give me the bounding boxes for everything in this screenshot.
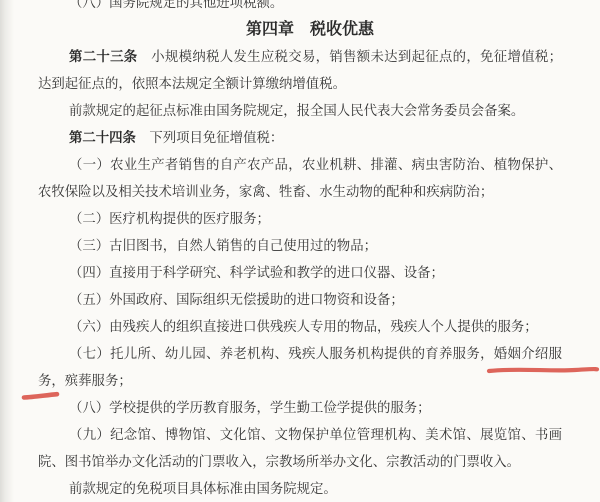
line-text: （二）医疗机构提供的医疗服务；: [69, 211, 270, 226]
document-line: （八）国务院规定的其他进项税额。: [38, 0, 562, 16]
line-text: （五）外国政府、国际组织无偿援助的进口物资和设备；: [69, 292, 404, 307]
line-text: （九）纪念馆、博物馆、文化馆、文物保护单位管理机构、美术馆、展览馆、书画: [69, 427, 562, 442]
line-text: （三）古旧图书，自然人销售的自己使用过的物品；: [69, 238, 377, 253]
line-text: 前款规定的起征点标准由国务院规定，报全国人民代表大会常务委员会备案。: [69, 103, 524, 118]
document-line: 务，殡葬服务；: [38, 367, 562, 394]
line-text: 前款规定的免税项目具体标准由国务院规定。: [69, 481, 337, 496]
scan-edge-shadow: [0, 0, 14, 502]
line-text: 小规模纳税人发生应税交易，销售额未达到起征点的，免征增值税；: [138, 49, 562, 64]
article-number: 第二十四条: [69, 130, 136, 145]
article-number: 第二十三条: [69, 49, 138, 64]
document-line: （二）医疗机构提供的医疗服务；: [38, 205, 562, 232]
line-text: 下列项目免征增值税：: [136, 130, 283, 145]
document-line: 农牧保险以及相关技术培训业务，家禽、牲畜、水生动物的配种和疾病防治；: [38, 178, 562, 205]
scanned-document-page: （八）国务院规定的其他进项税额。第四章 税收优惠第二十三条 小规模纳税人发生应税…: [0, 0, 600, 502]
chapter-heading: 第四章 税收优惠: [38, 16, 562, 43]
document-line: （一）农业生产者销售的自产农产品，农业机耕、排灌、病虫害防治、植物保护、: [38, 151, 562, 178]
line-text: 农牧保险以及相关技术培训业务，家禽、牲畜、水生动物的配种和疾病防治；: [38, 184, 493, 199]
line-text: （八）国务院规定的其他进项税额。: [69, 0, 283, 10]
line-text: 达到起征点的，依照本法规定全额计算缴纳增值税。: [38, 76, 346, 91]
document-line: （五）外国政府、国际组织无偿援助的进口物资和设备；: [38, 286, 562, 313]
text-block: （八）国务院规定的其他进项税额。第四章 税收优惠第二十三条 小规模纳税人发生应税…: [38, 0, 562, 502]
document-line: （三）古旧图书，自然人销售的自己使用过的物品；: [38, 232, 562, 259]
document-line: 前款规定的免税项目具体标准由国务院规定。: [38, 475, 562, 502]
line-text: （七）托儿所、幼儿园、养老机构、残疾人服务机构提供的育养服务，婚姻介绍服: [69, 346, 562, 361]
line-text: 第四章 税收优惠: [246, 21, 374, 38]
document-line: （八）学校提供的学历教育服务，学生勤工俭学提供的服务；: [38, 394, 562, 421]
line-text: 院、图书馆举办文化活动的门票收入，宗教场所举办文化、宗教活动的门票收入。: [38, 454, 520, 469]
line-text: （六）由残疾人的组织直接进口供残疾人专用的物品，残疾人个人提供的服务；: [69, 319, 538, 334]
document-line: 第二十四条 下列项目免征增值税：: [38, 124, 562, 151]
document-line: 第二十三条 小规模纳税人发生应税交易，销售额未达到起征点的，免征增值税；: [38, 43, 562, 70]
line-text: 务，殡葬服务；: [38, 373, 132, 388]
document-line: （九）纪念馆、博物馆、文化馆、文物保护单位管理机构、美术馆、展览馆、书画: [38, 421, 562, 448]
line-text: （八）学校提供的学历教育服务，学生勤工俭学提供的服务；: [69, 400, 431, 415]
document-line: （六）由残疾人的组织直接进口供残疾人专用的物品，残疾人个人提供的服务；: [38, 313, 562, 340]
line-text: （四）直接用于科学研究、科学试验和教学的进口仪器、设备；: [69, 265, 444, 280]
document-line: 达到起征点的，依照本法规定全额计算缴纳增值税。: [38, 70, 562, 97]
document-line: 前款规定的起征点标准由国务院规定，报全国人民代表大会常务委员会备案。: [38, 97, 562, 124]
line-text: （一）农业生产者销售的自产农产品，农业机耕、排灌、病虫害防治、植物保护、: [69, 157, 562, 172]
document-line: （四）直接用于科学研究、科学试验和教学的进口仪器、设备；: [38, 259, 562, 286]
document-line: 院、图书馆举办文化活动的门票收入，宗教场所举办文化、宗教活动的门票收入。: [38, 448, 562, 475]
document-line: （七）托儿所、幼儿园、养老机构、残疾人服务机构提供的育养服务，婚姻介绍服: [38, 340, 562, 367]
